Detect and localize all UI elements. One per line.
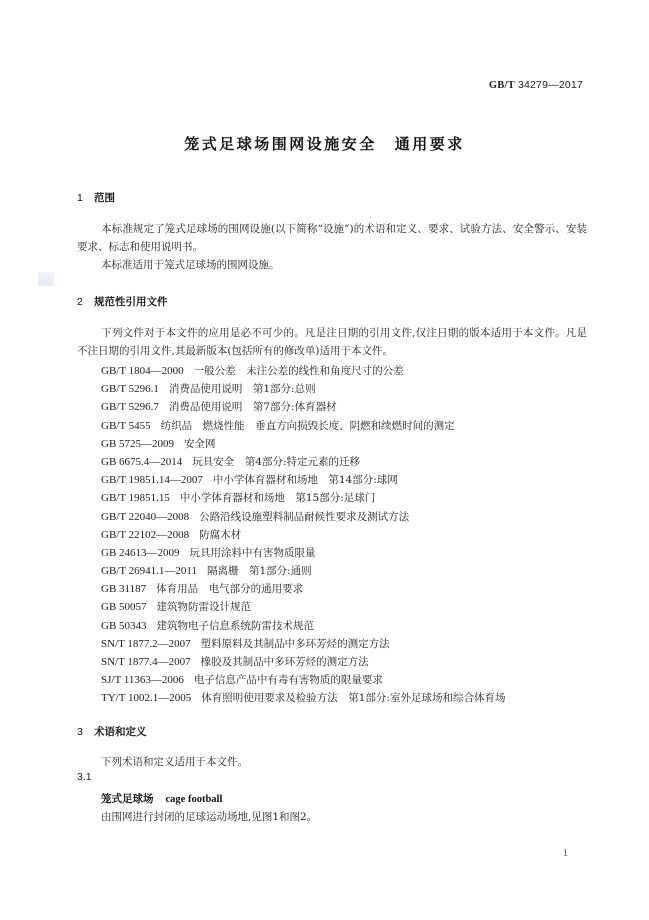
normative-references-list: GB/T 1804—2000一般公差 未注公差的线性和角度尺寸的公差 GB/T … bbox=[101, 362, 505, 708]
reference-item: GB/T 26941.1—2011隔离栅 第1部分:通则 bbox=[101, 562, 505, 580]
reference-item: GB/T 22102—2008防腐木材 bbox=[101, 526, 505, 544]
section-1-para-2: 本标准适用于笼式足球场的围网设施。 bbox=[77, 256, 587, 274]
reference-item: GB 50343建筑物电子信息系统防雷技术规范 bbox=[101, 617, 505, 635]
page-number: 1 bbox=[563, 848, 568, 859]
reference-item: GB/T 22040—2008公路沿线设施塑料制品耐候性要求及测试方法 bbox=[101, 508, 505, 526]
section-3-heading: 3术语和定义 bbox=[77, 724, 147, 739]
reference-item: GB/T 5296.7消费品使用说明 第7部分:体育器材 bbox=[101, 398, 505, 416]
reference-item: GB/T 5455纺织品 燃烧性能 垂直方向损毁长度、阴燃和续燃时间的测定 bbox=[101, 417, 505, 435]
standard-number: 34279—2017 bbox=[518, 79, 583, 91]
term-definition: 由围网进行封闭的足球运动场地,见图1和图2。 bbox=[101, 809, 317, 824]
reference-item: SJ/T 11363—2006电子信息产品中有毒有害物质的限量要求 bbox=[101, 671, 505, 689]
standard-prefix: GB/T bbox=[489, 80, 515, 91]
reference-item: TY/T 1002.1—2005体育照明使用要求及检验方法 第1部分:室外足球场… bbox=[101, 689, 505, 707]
title-part1: 笼式足球场围网设施安全 bbox=[184, 135, 377, 153]
title-part2: 通用要求 bbox=[395, 135, 465, 153]
reference-item: GB/T 19851.14—2007中小学体育器材和场地 第14部分:球网 bbox=[101, 471, 505, 489]
reference-item: GB 6675.4—2014玩具安全 第4部分:特定元素的迁移 bbox=[101, 453, 505, 471]
section-1-heading: 1范围 bbox=[77, 190, 115, 205]
document-page: GB/T 34279—2017 笼式足球场围网设施安全通用要求 1范围 本标准规… bbox=[0, 0, 649, 920]
standard-code: GB/T 34279—2017 bbox=[489, 79, 583, 91]
reference-item: GB 31187体育用品 电气部分的通用要求 bbox=[101, 580, 505, 598]
section-1-para-1: 本标准规定了笼式足球场的围网设施(以下简称“设施”)的术语和定义、要求、试验方法… bbox=[77, 220, 587, 256]
reference-item: SN/T 1877.2—2007塑料原料及其制品中多环芳烃的测定方法 bbox=[101, 635, 505, 653]
term-name: 笼式足球场cage football bbox=[101, 791, 222, 806]
document-title: 笼式足球场围网设施安全通用要求 bbox=[0, 133, 649, 154]
reference-item: GB 24613—2009玩具用涂料中有害物质限量 bbox=[101, 544, 505, 562]
reference-item: GB 50057建筑物防雷设计规范 bbox=[101, 598, 505, 616]
reference-item: GB 5725—2009安全网 bbox=[101, 435, 505, 453]
reference-item: GB/T 19851.15中小学体育器材和场地 第15部分:足球门 bbox=[101, 489, 505, 507]
reference-item: GB/T 5296.1消费品使用说明 第1部分:总则 bbox=[101, 380, 505, 398]
term-number: 3.1 bbox=[77, 771, 92, 783]
section-2-heading: 2规范性引用文件 bbox=[77, 294, 168, 309]
reference-item: SN/T 1877.4—2007橡胶及其制品中多环芳烃的测定方法 bbox=[101, 653, 505, 671]
section-2-intro: 下列文件对于本文件的应用是必不可少的。凡是注日期的引用文件,仅注日期的版本适用于… bbox=[77, 324, 587, 360]
reference-item: GB/T 1804—2000一般公差 未注公差的线性和角度尺寸的公差 bbox=[101, 362, 505, 380]
scan-artifact bbox=[38, 272, 54, 286]
section-3-intro: 下列术语和定义适用于本文件。 bbox=[77, 753, 587, 771]
